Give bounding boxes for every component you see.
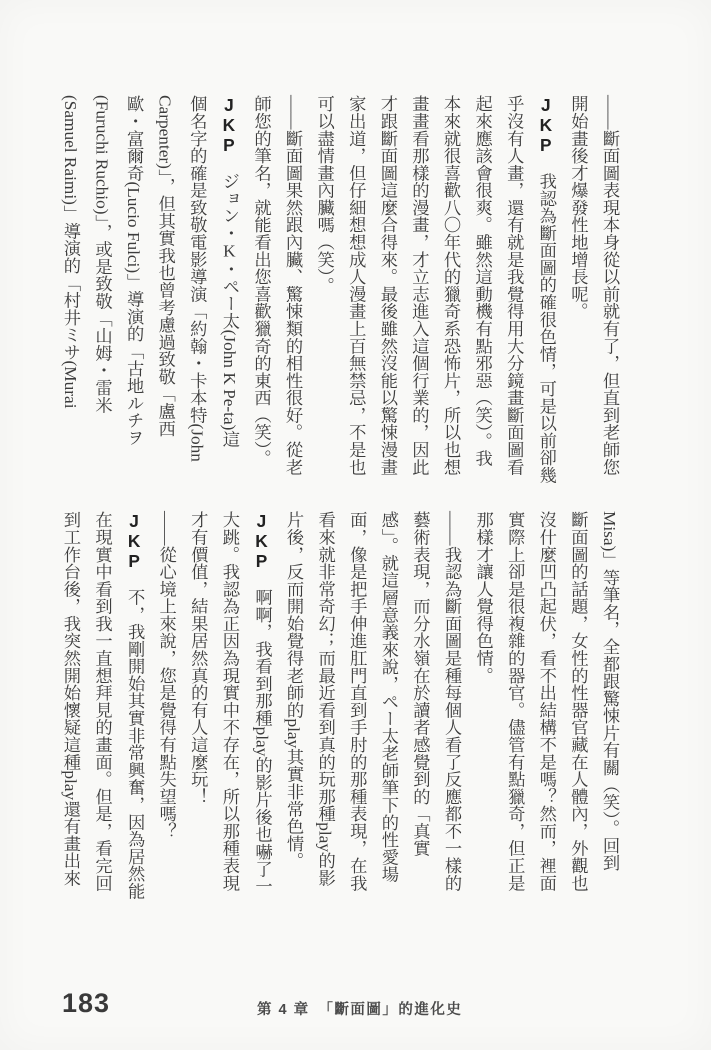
text-column: 畫畫看那樣的漫畫，才立志進入這個行業的，因此 — [403, 95, 435, 481]
text-column: 家出道，但仔細想想成人漫畫上百無禁忌，不是也 — [340, 95, 372, 481]
text-run: ——斷面圖表現本身從以前就有了，但直到老師您 — [600, 95, 619, 475]
text-run: 乎沒有人畫，還有就是我覺得用大分鏡畫斷面圖看 — [504, 95, 523, 475]
text-column: 個名字的確是致敬電影導演「約翰・卡本特(John — [181, 95, 213, 481]
text-run: 沒什麼凹凸起伏，看不出結構不是嗎？然而，裡面 — [537, 511, 556, 891]
text-run: 不，我剛開始其實非常興奮，因為居然能 — [125, 571, 144, 900]
text-column: ——我認為斷面圖是種每個人看了反應都不一樣的 — [435, 511, 467, 897]
text-column: ——斷面圖果然跟內臟、驚悚類的相性很好。從老 — [276, 95, 308, 481]
speaker-label: JKP — [251, 511, 271, 571]
text-block-top: ——斷面圖表現本身從以前就有了，但直到老師您開始畫後才爆發性地增長呢。JKP 我… — [54, 95, 625, 481]
text-run: K — [220, 241, 239, 260]
text-run: (Samuel Raimi)」導演的「村井ミサ(Murai — [61, 95, 80, 409]
text-column: 大跳。我認為正因為現實中不存在，所以那種表現 — [213, 511, 245, 897]
text-column: 片後，反而開始覺得老師的play其實非常色情。 — [277, 511, 309, 897]
text-run: 家出道，但仔細想想成人漫畫上百無禁忌，不是也 — [346, 95, 365, 475]
speaker-label: JKP — [219, 95, 239, 155]
text-column: (Samuel Raimi)」導演的「村井ミサ(Murai — [54, 95, 86, 481]
text-column: Misa)」等筆名，全都跟驚悚片有關（笑）。回到 — [593, 511, 625, 897]
text-column: 感」。就這層意義來說，ペー太老師筆下的性愛場 — [372, 511, 404, 897]
text-run: 實際上卻是很複雜的器官。儘管有點獵奇，但正是 — [505, 511, 524, 891]
text-column: 在現實中看到我一直想拜見的畫面。但是，看完回 — [86, 511, 118, 897]
text-run: 到工作台後，我突然開始懷疑這種play還有畫出來 — [61, 511, 80, 887]
text-run: 片後，反而開始覺得老師的play其實非常色情。 — [284, 511, 303, 869]
text-block-bottom: Misa)」等筆名，全都跟驚悚片有關（笑）。回到斷面圖的話題，女性的性器官藏在人… — [54, 511, 625, 897]
text-run: 大跳。我認為正因為現實中不存在，所以那種表現 — [220, 511, 239, 891]
page-number: 183 — [62, 988, 110, 1019]
text-run: ——我認為斷面圖是種每個人看了反應都不一樣的 — [442, 511, 461, 891]
text-column: 面，像是把手伸進肛門直到手肘的那種表現，在我 — [341, 511, 373, 897]
text-run: 那樣才讓人覺得色情。 — [474, 511, 493, 684]
text-column: 師您的筆名，就能看出您喜歡獵奇的東西（笑）。 — [245, 95, 277, 481]
text-run: 本來就很喜歡八〇年代的獵奇系恐怖片，所以也想 — [441, 95, 460, 475]
text-column: 乎沒有人畫，還有就是我覺得用大分鏡畫斷面圖看 — [498, 95, 530, 481]
text-column: 沒什麼凹凸起伏，看不出結構不是嗎？然而，裡面 — [530, 511, 562, 897]
text-column: 才有價值，結果居然真的有人這麼玩！ — [182, 511, 214, 897]
text-run: Carpenter)」，但其實我也曾考慮過致敬「盧西 — [156, 95, 175, 437]
text-column: 斷面圖的話題，女性的性器官藏在人體內，外觀也 — [562, 511, 594, 897]
text-run: 師您的筆名，就能看出您喜歡獵奇的東西（笑）。 — [251, 95, 270, 467]
speaker-label: JKP — [124, 511, 144, 571]
text-column: (Furuchi Ruchio)」，或是致敬「山姆・雷米 — [86, 95, 118, 481]
text-column: JKP 啊啊，我看到那種play的影片後也嚇了一 — [245, 511, 278, 897]
text-run: 可以盡情畫內臟嗎（笑）。 — [315, 95, 334, 294]
text-run: 起來應該會很爽。雖然這動機有點邪惡（笑）。我 — [473, 95, 492, 467]
text-column: JKP ジョン・K・ペー太(John K Pe-ta)這 — [212, 95, 245, 481]
text-column: 實際上卻是很複雜的器官。儘管有點獵奇，但正是 — [499, 511, 531, 897]
speaker-label: JKP — [536, 95, 556, 155]
text-run: ——從心境上來說，您是覺得有點失望嗎？ — [157, 511, 176, 840]
text-run: 個名字的確是致敬電影導演「約翰・卡本特(John — [187, 95, 206, 462]
text-run: 啊啊，我看到那種play的影片後也嚇了一 — [252, 571, 271, 895]
text-run: 畫畫看那樣的漫畫，才立志進入這個行業的，因此 — [409, 95, 428, 475]
text-run: 在現實中看到我一直想拜見的畫面。但是，看完回 — [93, 511, 112, 891]
text-run: (Furuchi Ruchio)」，或是致敬「山姆・雷米 — [93, 95, 112, 413]
text-column: 到工作台後，我突然開始懷疑這種play還有畫出來 — [54, 511, 86, 897]
text-run: 面，像是把手伸進肛門直到手肘的那種表現，在我 — [347, 511, 366, 891]
text-column: 才跟斷面圖這麼合得來。最後雖然沒能以驚悚漫畫 — [371, 95, 403, 481]
text-column: 可以盡情畫內臟嗎（笑）。 — [308, 95, 340, 481]
text-column: 本來就很喜歡八〇年代的獵奇系恐怖片，所以也想 — [434, 95, 466, 481]
text-run: 藝術表現，而分水嶺在於讀者感覺到的「真實 — [410, 511, 429, 857]
text-run: 歐・富爾奇(Lucio Fulci)」導演的「古地ルチヲ — [124, 95, 143, 446]
text-column: 看來就非常奇幻；而最近看到真的玩那種play的影 — [309, 511, 341, 897]
text-run: 開始畫後才爆發性地增長呢。 — [568, 95, 587, 320]
text-column: ——從心境上來說，您是覺得有點失望嗎？ — [150, 511, 182, 897]
text-run: 看來就非常奇幻；而最近看到真的玩那種play的影 — [316, 511, 335, 887]
text-column: ——斷面圖表現本身從以前就有了，但直到老師您 — [593, 95, 625, 481]
text-column: 那樣才讓人覺得色情。 — [467, 511, 499, 897]
text-column: JKP 我認為斷面圖的確很色情，可是以前卻幾 — [529, 95, 562, 481]
text-run: 我認為斷面圖的確很色情，可是以前卻幾 — [537, 155, 556, 484]
text-column: 歐・富爾奇(Lucio Fulci)」導演的「古地ルチヲ — [118, 95, 150, 481]
text-run: ジョン・ — [220, 155, 239, 241]
text-column: Carpenter)」，但其實我也曾考慮過致敬「盧西 — [149, 95, 181, 481]
text-run: ・ペー太(John K Pe-ta)這 — [220, 260, 239, 447]
text-column: 開始畫後才爆發性地增長呢。 — [562, 95, 594, 481]
chapter-title: 第 4 章 「斷面圖」的進化史 — [257, 998, 462, 1019]
text-run: 感」。就這層意義來說，ペー太老師筆下的性愛場 — [379, 511, 398, 883]
text-column: 藝術表現，而分水嶺在於讀者感覺到的「真實 — [404, 511, 436, 897]
book-page: ——斷面圖表現本身從以前就有了，但直到老師您開始畫後才爆發性地增長呢。JKP 我… — [0, 0, 711, 1050]
text-run: 才有價值，結果居然真的有人這麼玩！ — [188, 511, 207, 805]
text-run: ——斷面圖果然跟內臟、驚悚類的相性很好。從老 — [283, 95, 302, 475]
text-column: 起來應該會很爽。雖然這動機有點邪惡（笑）。我 — [466, 95, 498, 481]
text-run: 才跟斷面圖這麼合得來。最後雖然沒能以驚悚漫畫 — [378, 95, 397, 475]
text-column: JKP 不，我剛開始其實非常興奮，因為居然能 — [118, 511, 151, 897]
text-run: Misa)」等筆名，全都跟驚悚片有關（笑）。回到 — [600, 511, 619, 871]
text-run: 斷面圖的話題，女性的性器官藏在人體內，外觀也 — [568, 511, 587, 891]
